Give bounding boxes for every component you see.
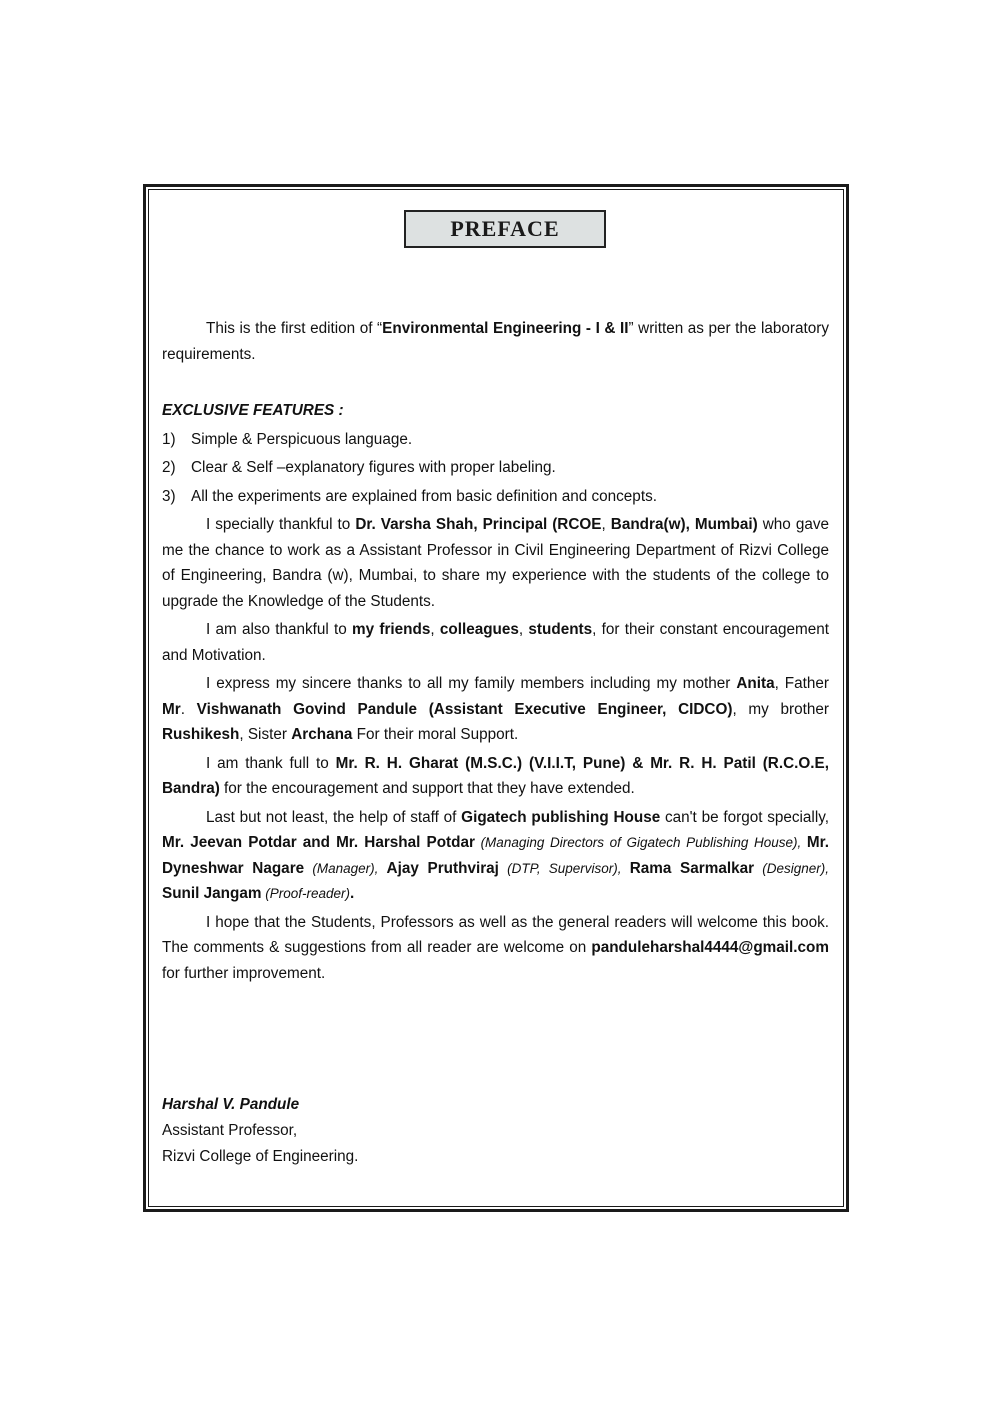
features-heading: EXCLUSIVE FEATURES : bbox=[162, 398, 829, 424]
thanks-mentors-paragraph: I am thank full to Mr. R. H. Gharat (M.S… bbox=[162, 751, 829, 802]
thanks-friends-paragraph: I am also thankful to my friends, collea… bbox=[162, 617, 829, 668]
preface-body: This is the first edition of “Environmen… bbox=[162, 316, 829, 989]
author-role: Assistant Professor, bbox=[162, 1118, 358, 1144]
signature-block: Harshal V. Pandule Assistant Professor, … bbox=[162, 1092, 358, 1170]
author-name: Harshal V. Pandule bbox=[162, 1092, 358, 1118]
thanks-family-paragraph: I express my sincere thanks to all my fa… bbox=[162, 671, 829, 748]
author-institution: Rizvi College of Engineering. bbox=[162, 1144, 358, 1170]
intro-paragraph: This is the first edition of “Environmen… bbox=[162, 316, 829, 367]
feature-item: 3)All the experiments are explained from… bbox=[162, 484, 829, 510]
page-title: PREFACE bbox=[404, 210, 606, 248]
feature-item: 1)Simple & Perspicuous language. bbox=[162, 427, 829, 453]
email-link[interactable]: panduleharshal4444@gmail.com bbox=[591, 939, 829, 956]
thanks-publisher-paragraph: Last but not least, the help of staff of… bbox=[162, 805, 829, 907]
closing-paragraph: I hope that the Students, Professors as … bbox=[162, 910, 829, 987]
feature-item: 2)Clear & Self –explanatory figures with… bbox=[162, 455, 829, 481]
thanks-principal-paragraph: I specially thankful to Dr. Varsha Shah,… bbox=[162, 512, 829, 614]
